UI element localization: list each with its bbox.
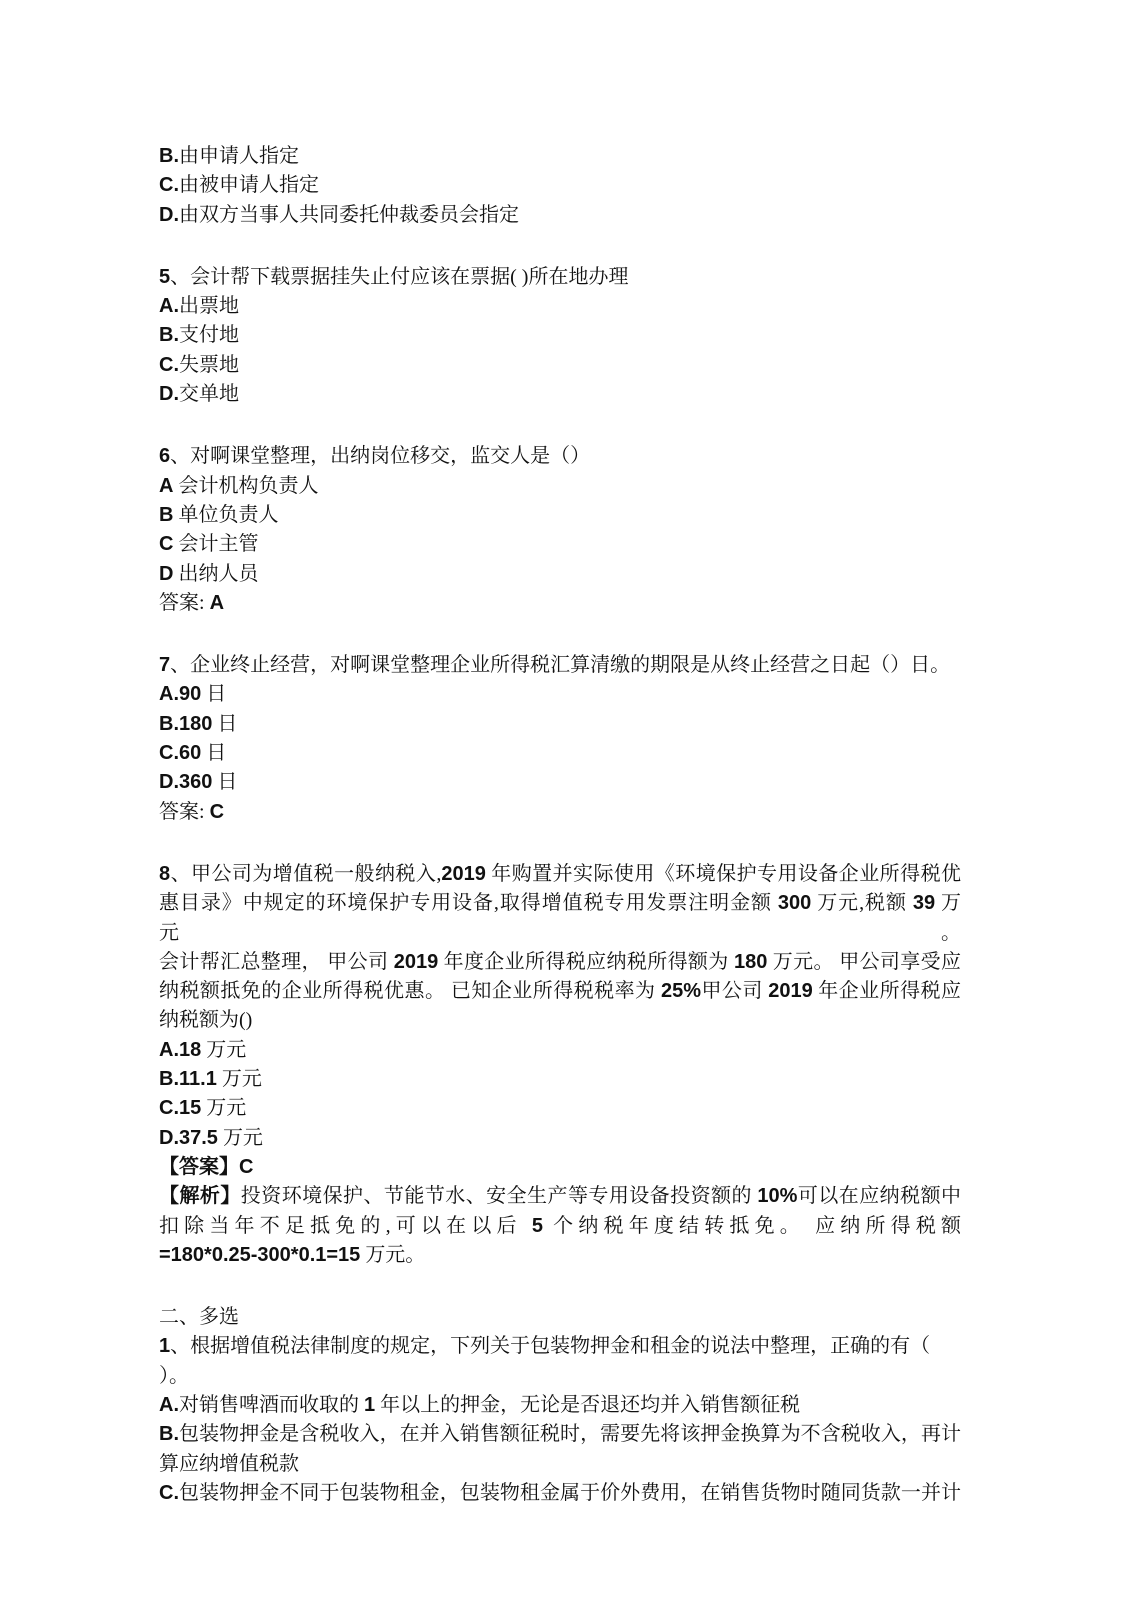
- q6-option-a: A 会计机构负责人: [159, 472, 961, 501]
- text-run: 支付地: [179, 324, 239, 346]
- q6-option-c: C 会计主管: [159, 530, 961, 559]
- bold-text-run: C.: [159, 1482, 179, 1504]
- bold-text-run: 7: [159, 654, 170, 676]
- bold-text-run: 5: [159, 266, 170, 288]
- q8-analysis-line-1: 【解析】投资环境保护、节能节水、安全生产等专用设备投资额的 10%可以在应纳税额…: [159, 1182, 961, 1211]
- q5-option-b: B.支付地: [159, 321, 961, 350]
- bold-text-run: 25%: [661, 980, 701, 1002]
- text-run: 日: [201, 742, 226, 764]
- q8-option-d: D.37.5 万元: [159, 1124, 961, 1153]
- text-run: 、会计帮下载票据挂失止付应该在票据( )所在地办理: [170, 266, 628, 288]
- text-run: 日: [212, 771, 237, 793]
- bold-text-run: B.: [159, 324, 179, 346]
- text-run: 万元。: [360, 1244, 425, 1266]
- bold-text-run: C: [210, 801, 224, 823]
- spacer: [159, 618, 961, 651]
- m1-option-b-line-2: 算应纳增值税款: [159, 1450, 961, 1479]
- q7-answer: 答案: C: [159, 798, 961, 827]
- q8-stem-line-2: 惠目录》中规定的环境保护专用设备,取得增值税专用发票注明金额 300 万元,税额…: [159, 889, 961, 948]
- bold-text-run: C.15: [159, 1097, 201, 1119]
- bold-text-run: D: [159, 563, 173, 585]
- document-content: B.由申请人指定C.由被申请人指定D.由双方当事人共同委托仲裁委员会指定5、会计…: [159, 142, 961, 1508]
- text-run: 纳税额为(): [159, 1009, 252, 1031]
- m1-option-b-line-1: B.包装物押金是含税收入，在并入销售额征税时，需要先将该押金换算为不含税收入，再…: [159, 1420, 961, 1449]
- m1-option-c-line-1: C.包装物押金不同于包装物租金，包装物租金属于价外费用，在销售货物时随同货款一并…: [159, 1479, 961, 1508]
- q6-option-b: B 单位负责人: [159, 501, 961, 530]
- bold-text-run: B.11.1: [159, 1068, 217, 1090]
- text-run: 万元: [201, 1097, 246, 1119]
- q7-option-a: A.90 日: [159, 680, 961, 709]
- section-2-heading: 二、多选: [159, 1303, 961, 1332]
- text-run: 会计主管: [173, 533, 258, 555]
- text-run: 、企业终止经营，对啊课堂整理企业所得税汇算清缴的期限是从终止经营之日起（）日。: [170, 654, 950, 676]
- text-run: 出票地: [179, 295, 239, 317]
- document-page: B.由申请人指定C.由被申请人指定D.由双方当事人共同委托仲裁委员会指定5、会计…: [0, 0, 1131, 1600]
- text-run: 、对啊课堂整理，出纳岗位移交，监交人是（）: [170, 445, 590, 467]
- text-run: 万元: [217, 1068, 262, 1090]
- q6-stem: 6、对啊课堂整理，出纳岗位移交，监交人是（）: [159, 442, 961, 471]
- bold-text-run: 39: [913, 892, 935, 914]
- q8-stem-line-1: 8、甲公司为增值税一般纳税入,2019 年购置并实际使用《环境保护专用设备企业所…: [159, 860, 961, 889]
- text-run: 万元,税额: [811, 892, 913, 914]
- q5-option-d: D.交单地: [159, 380, 961, 409]
- q8-stem-line-4: 纳税额抵免的企业所得税优惠。 已知企业所得税税率为 25%甲公司 2019 年企…: [159, 977, 961, 1006]
- bold-text-run: C.: [159, 174, 179, 196]
- bold-text-run: =180*0.25-300*0.1=15: [159, 1244, 360, 1266]
- bold-text-run: A.90: [159, 683, 201, 705]
- text-run: 二、多选: [159, 1306, 239, 1328]
- text-run: 对销售啤酒而收取的: [179, 1394, 364, 1416]
- m1-option-a: A.对销售啤酒而收取的 1 年以上的押金，无论是否退还均并入销售额征税: [159, 1391, 961, 1420]
- bold-text-run: D.37.5: [159, 1127, 218, 1149]
- text-run: 由双方当事人共同委托仲裁委员会指定: [179, 204, 519, 226]
- q5-option-c: C.失票地: [159, 351, 961, 380]
- bold-text-run: 1: [159, 1335, 170, 1357]
- bold-text-run: 2019: [441, 863, 486, 885]
- text-run: 个纳税年度结转抵免。 应纳所得税额: [543, 1215, 961, 1237]
- q8-analysis-line-3: =180*0.25-300*0.1=15 万元。: [159, 1241, 961, 1270]
- q7-option-b: B.180 日: [159, 710, 961, 739]
- text-run: 年以上的押金，无论是否退还均并入销售额征税: [375, 1394, 800, 1416]
- spacer: [159, 1270, 961, 1303]
- text-run: 纳税额抵免的企业所得税优惠。 已知企业所得税税率为: [159, 980, 661, 1002]
- spacer: [159, 409, 961, 442]
- text-run: 、根据增值税法律制度的规定，下列关于包装物押金和租金的说法中整理，正确的有（ ）…: [159, 1335, 935, 1386]
- bold-text-run: 2019: [394, 951, 439, 973]
- bold-text-run: C: [159, 533, 173, 555]
- text-run: 由申请人指定: [179, 145, 299, 167]
- bold-text-run: 10%: [757, 1185, 797, 1207]
- bold-text-run: B: [159, 504, 173, 526]
- bold-text-run: B.: [159, 145, 179, 167]
- q8-option-b: B.11.1 万元: [159, 1065, 961, 1094]
- bold-text-run: 2019: [768, 980, 813, 1002]
- text-run: 万元: [201, 1039, 246, 1061]
- spacer: [159, 230, 961, 263]
- q8-analysis-line-2: 扣除当年不足抵免的,可以在以后 5 个纳税年度结转抵免。 应纳所得税额: [159, 1212, 961, 1241]
- text-run: 万元。 甲公司享受应: [767, 951, 961, 973]
- text-run: 单位负责人: [173, 504, 278, 526]
- text-run: 包装物押金是含税收入，在并入销售额征税时，需要先将该押金换算为不含税收入，再计: [179, 1423, 961, 1445]
- bold-text-run: 1: [364, 1394, 375, 1416]
- bold-text-run: A: [159, 475, 173, 497]
- q7-stem: 7、企业终止经营，对啊课堂整理企业所得税汇算清缴的期限是从终止经营之日起（）日。: [159, 651, 961, 680]
- bold-text-run: A: [210, 592, 224, 614]
- text-run: 惠目录》中规定的环境保护专用设备,取得增值税专用发票注明金额: [159, 892, 778, 914]
- q8-option-c: C.15 万元: [159, 1094, 961, 1123]
- spacer: [159, 827, 961, 860]
- bold-text-run: C.60: [159, 742, 201, 764]
- text-run: 失票地: [179, 354, 239, 376]
- bold-text-run: 【解析】: [159, 1185, 241, 1207]
- q6-answer: 答案: A: [159, 589, 961, 618]
- bold-text-run: 300: [778, 892, 811, 914]
- text-run: 会计帮汇总整理， 甲公司: [159, 951, 394, 973]
- text-run: 年企业所得税应: [813, 980, 961, 1002]
- bold-text-run: 8: [159, 863, 170, 885]
- bold-text-run: D.: [159, 204, 179, 226]
- bold-text-run: A.: [159, 295, 179, 317]
- m1-stem: 1、根据增值税法律制度的规定，下列关于包装物押金和租金的说法中整理，正确的有（ …: [159, 1332, 961, 1391]
- text-run: 出纳人员: [173, 563, 258, 585]
- text-run: 甲公司: [701, 980, 768, 1002]
- bold-text-run: C.: [159, 354, 179, 376]
- bold-text-run: 180: [734, 951, 767, 973]
- bold-text-run: A.18: [159, 1039, 201, 1061]
- q7-option-d: D.360 日: [159, 768, 961, 797]
- q8-stem-line-5: 纳税额为(): [159, 1006, 961, 1035]
- text-run: 可以在应纳税额中: [797, 1185, 961, 1207]
- q7-option-c: C.60 日: [159, 739, 961, 768]
- q8-stem-line-3: 会计帮汇总整理， 甲公司 2019 年度企业所得税应纳税所得额为 180 万元。…: [159, 948, 961, 977]
- bold-text-run: A.: [159, 1394, 179, 1416]
- text-run: 日: [212, 713, 237, 735]
- text-run: 、甲公司为增值税一般纳税入,: [170, 863, 441, 885]
- bold-text-run: 5: [532, 1215, 543, 1237]
- text-run: 万元: [218, 1127, 263, 1149]
- text-run: 年购置并实际使用《环境保护专用设备企业所得税优: [486, 863, 961, 885]
- q5-stem: 5、会计帮下载票据挂失止付应该在票据( )所在地办理: [159, 263, 961, 292]
- q5-option-a: A.出票地: [159, 292, 961, 321]
- q4-option-d: D.由双方当事人共同委托仲裁委员会指定: [159, 201, 961, 230]
- bold-text-run: D.360: [159, 771, 212, 793]
- text-run: 由被申请人指定: [179, 174, 319, 196]
- text-run: 会计机构负责人: [173, 475, 318, 497]
- text-run: 扣除当年不足抵免的,可以在以后: [159, 1215, 532, 1237]
- text-run: 答案:: [159, 592, 210, 614]
- bold-text-run: 【答案】C: [159, 1156, 253, 1178]
- q8-option-a: A.18 万元: [159, 1036, 961, 1065]
- q8-answer: 【答案】C: [159, 1153, 961, 1182]
- text-run: 日: [201, 683, 226, 705]
- text-run: 算应纳增值税款: [159, 1453, 299, 1475]
- bold-text-run: B.: [159, 1423, 179, 1445]
- bold-text-run: 6: [159, 445, 170, 467]
- text-run: 交单地: [179, 383, 239, 405]
- text-run: 年度企业所得税应纳税所得额为: [438, 951, 734, 973]
- text-run: 投资环境保护、节能节水、安全生产等专用设备投资额的: [241, 1185, 758, 1207]
- bold-text-run: B.180: [159, 713, 212, 735]
- q4-option-c: C.由被申请人指定: [159, 171, 961, 200]
- q6-option-d: D 出纳人员: [159, 560, 961, 589]
- text-run: 答案:: [159, 801, 210, 823]
- q4-option-b: B.由申请人指定: [159, 142, 961, 171]
- bold-text-run: D.: [159, 383, 179, 405]
- text-run: 包装物押金不同于包装物租金，包装物租金属于价外费用，在销售货物时随同货款一并计: [179, 1482, 961, 1504]
